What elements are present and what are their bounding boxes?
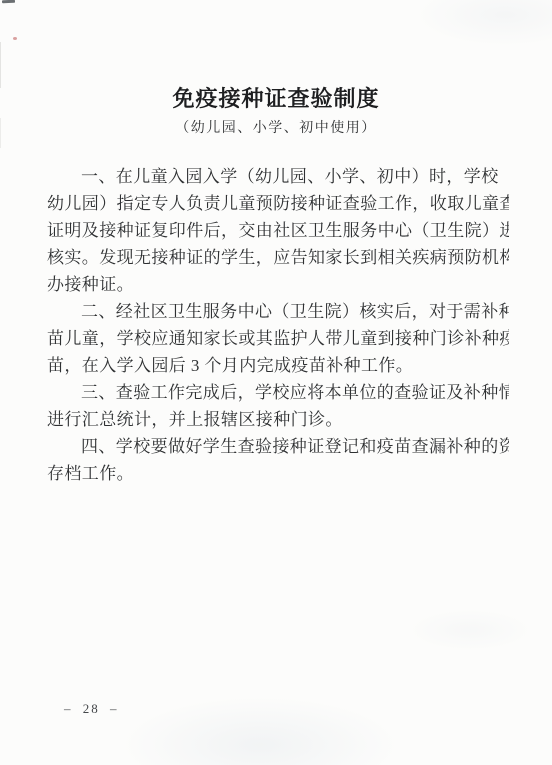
text-line: 证明及接种证复印件后，交由社区卫生服务中心（卫生院）进行 — [47, 217, 509, 244]
paragraph: 二、经社区卫生服务中心（卫生院）核实后，对于需补种疫苗儿童，学校应通知家长或其监… — [47, 298, 509, 379]
red-ink-speck — [13, 37, 17, 40]
document-subtitle: （幼儿园、小学、初中使用） — [0, 117, 552, 137]
paragraph: 三、查验工作完成后，学校应将本单位的查验证及补种情况进行汇总统计，并上报辖区接种… — [47, 379, 509, 433]
text-line: 存档工作。 — [47, 460, 509, 487]
text-line: 四、学校要做好学生查验接种证登记和疫苗查漏补种的资料 — [47, 433, 509, 460]
text-line: 苗，在入学入园后 3 个月内完成疫苗补种工作。 — [47, 352, 509, 379]
document-title: 免疫接种证查验制度 — [0, 82, 552, 113]
text-line: 苗儿童，学校应通知家长或其监护人带儿童到接种门诊补种疫 — [47, 325, 509, 352]
document-body: 一、在儿童入园入学（幼儿园、小学、初中）时，学校（含幼儿园）指定专人负责儿童预防… — [47, 163, 509, 487]
scan-corner-artifact — [2, 0, 15, 3]
text-line: 一、在儿童入园入学（幼儿园、小学、初中）时，学校（含 — [47, 163, 509, 190]
paragraph: 四、学校要做好学生查验接种证登记和疫苗查漏补种的资料存档工作。 — [47, 433, 509, 487]
text-line: 二、经社区卫生服务中心（卫生院）核实后，对于需补种疫 — [47, 298, 509, 325]
text-line: 办接种证。 — [47, 271, 509, 298]
paragraph: 一、在儿童入园入学（幼儿园、小学、初中）时，学校（含幼儿园）指定专人负责儿童预防… — [47, 163, 509, 298]
text-line: 进行汇总统计，并上报辖区接种门诊。 — [47, 406, 509, 433]
text-line: 核实。发现无接种证的学生，应告知家长到相关疾病预防机构补 — [47, 244, 509, 271]
scanned-document-page: 免疫接种证查验制度 （幼儿园、小学、初中使用） 一、在儿童入园入学（幼儿园、小学… — [0, 0, 552, 765]
text-line: 三、查验工作完成后，学校应将本单位的查验证及补种情况 — [47, 379, 509, 406]
page-number: – 28 – — [64, 701, 119, 717]
text-line: 幼儿园）指定专人负责儿童预防接种证查验工作，收取儿童查验 — [47, 190, 509, 217]
